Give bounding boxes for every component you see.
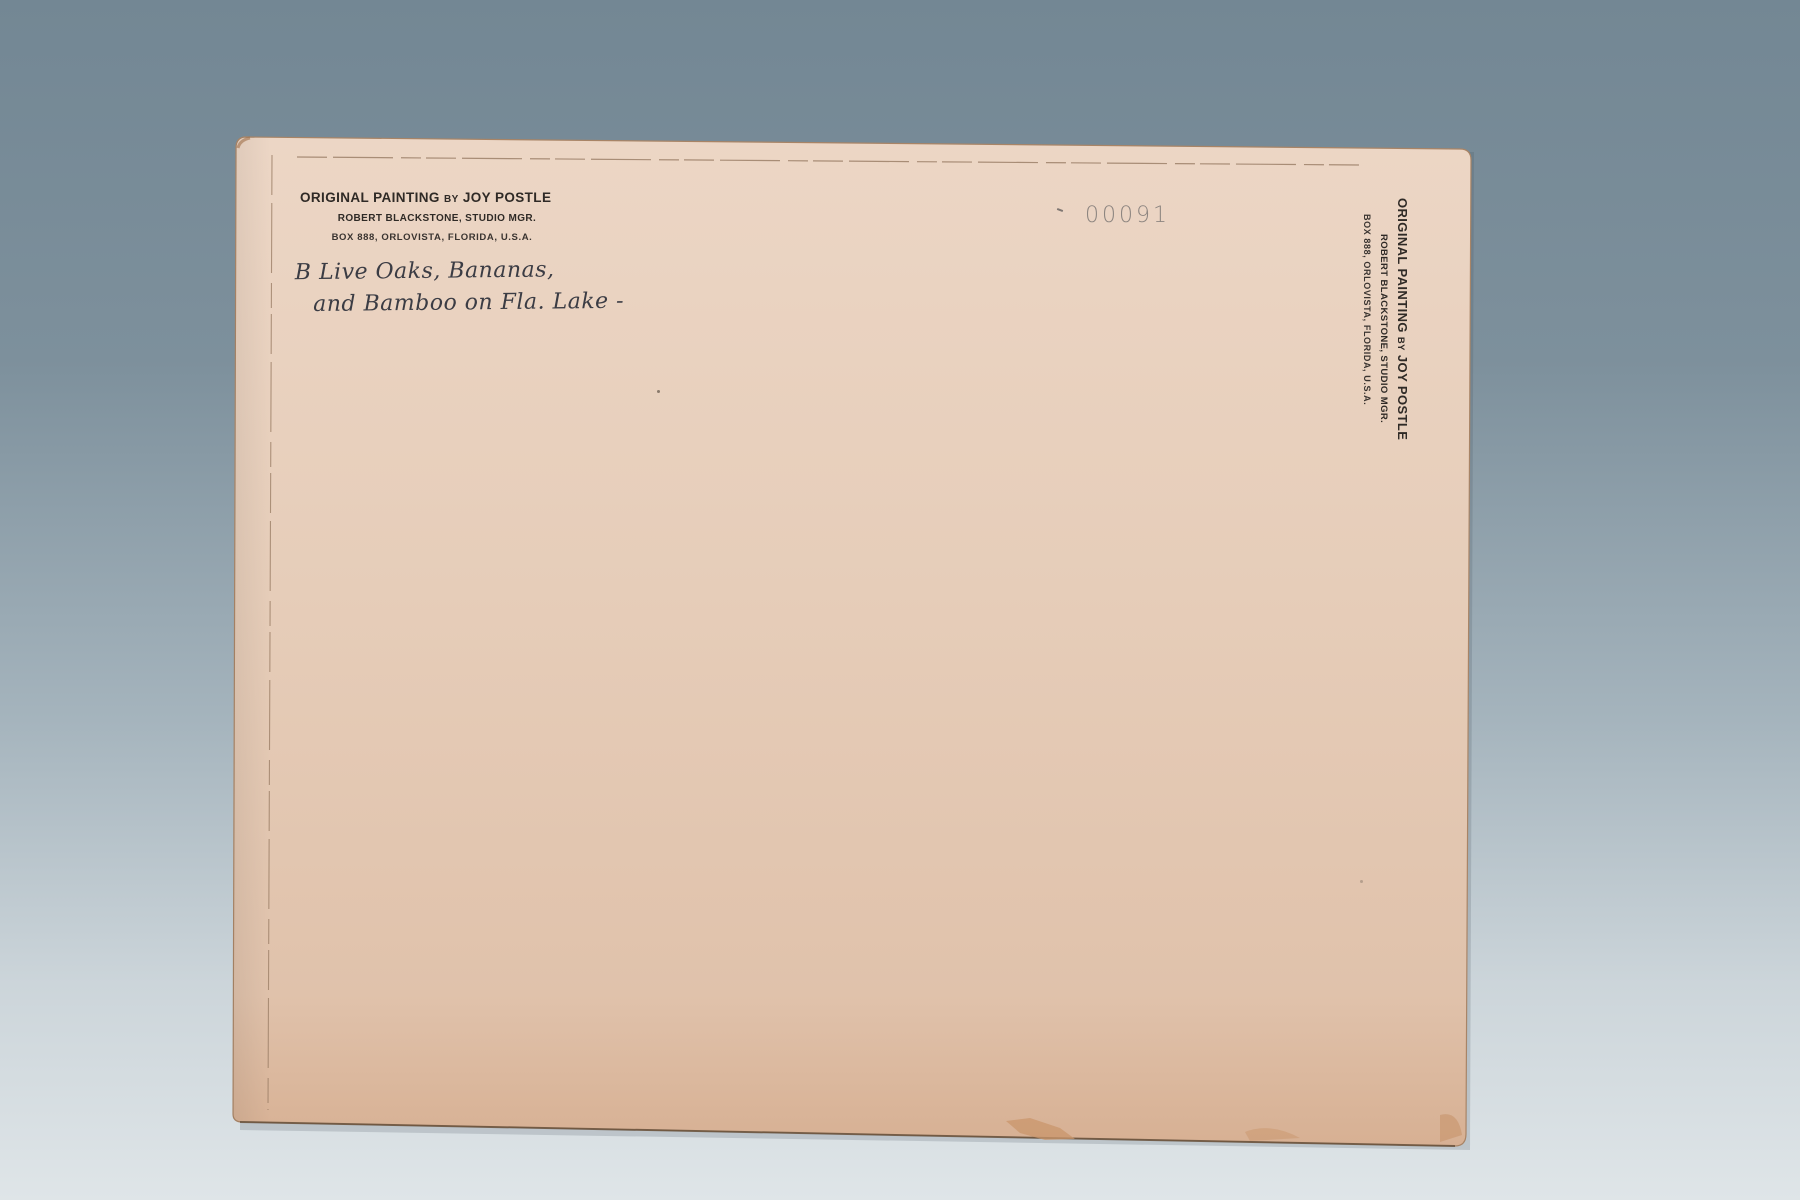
label-address: BOX 888, ORLOVISTA, FLORIDA, U.S.A. [284,232,580,243]
handwritten-line-1: B Live Oaks, Bananas, [295,253,715,289]
board-shape [0,0,1800,1200]
pencil-inventory-number: 00091 [1085,203,1170,228]
label-artist: JOY POSTLE [463,190,552,205]
label-by: BY [444,194,459,205]
artwork-board-back: ORIGINAL PAINTING BY JOY POSTLE ROBERT B… [0,0,1800,1200]
vertical-label-title-line: ORIGINAL PAINTING BY JOY POSTLE [1395,198,1410,468]
printed-studio-label: ORIGINAL PAINTING BY JOY POSTLE ROBERT B… [300,190,580,243]
handwritten-title-note: B Live Oaks, Bananas, and Bamboo on Fla.… [295,253,716,321]
vertical-label-by: BY [1395,337,1406,351]
surface-speck [657,390,660,393]
vertical-label-studio-manager: ROBERT BLACKSTONE, STUDIO MGR. [1378,198,1389,468]
surface-speck [1360,880,1363,883]
handwritten-line-2: and Bamboo on Fla. Lake - [295,285,715,321]
label-studio-manager: ROBERT BLACKSTONE, STUDIO MGR. [294,213,580,224]
vertical-label-address: BOX 888, ORLOVISTA, FLORIDA, U.S.A. [1362,198,1372,468]
vertical-label-artist: JOY POSTLE [1395,355,1410,440]
label-original-painting: ORIGINAL PAINTING [300,190,440,205]
vertical-label-original-painting: ORIGINAL PAINTING [1395,198,1410,333]
label-title-line: ORIGINAL PAINTING BY JOY POSTLE [300,190,580,205]
vertical-printed-studio-label: ORIGINAL PAINTING BY JOY POSTLE ROBERT B… [1362,198,1410,468]
